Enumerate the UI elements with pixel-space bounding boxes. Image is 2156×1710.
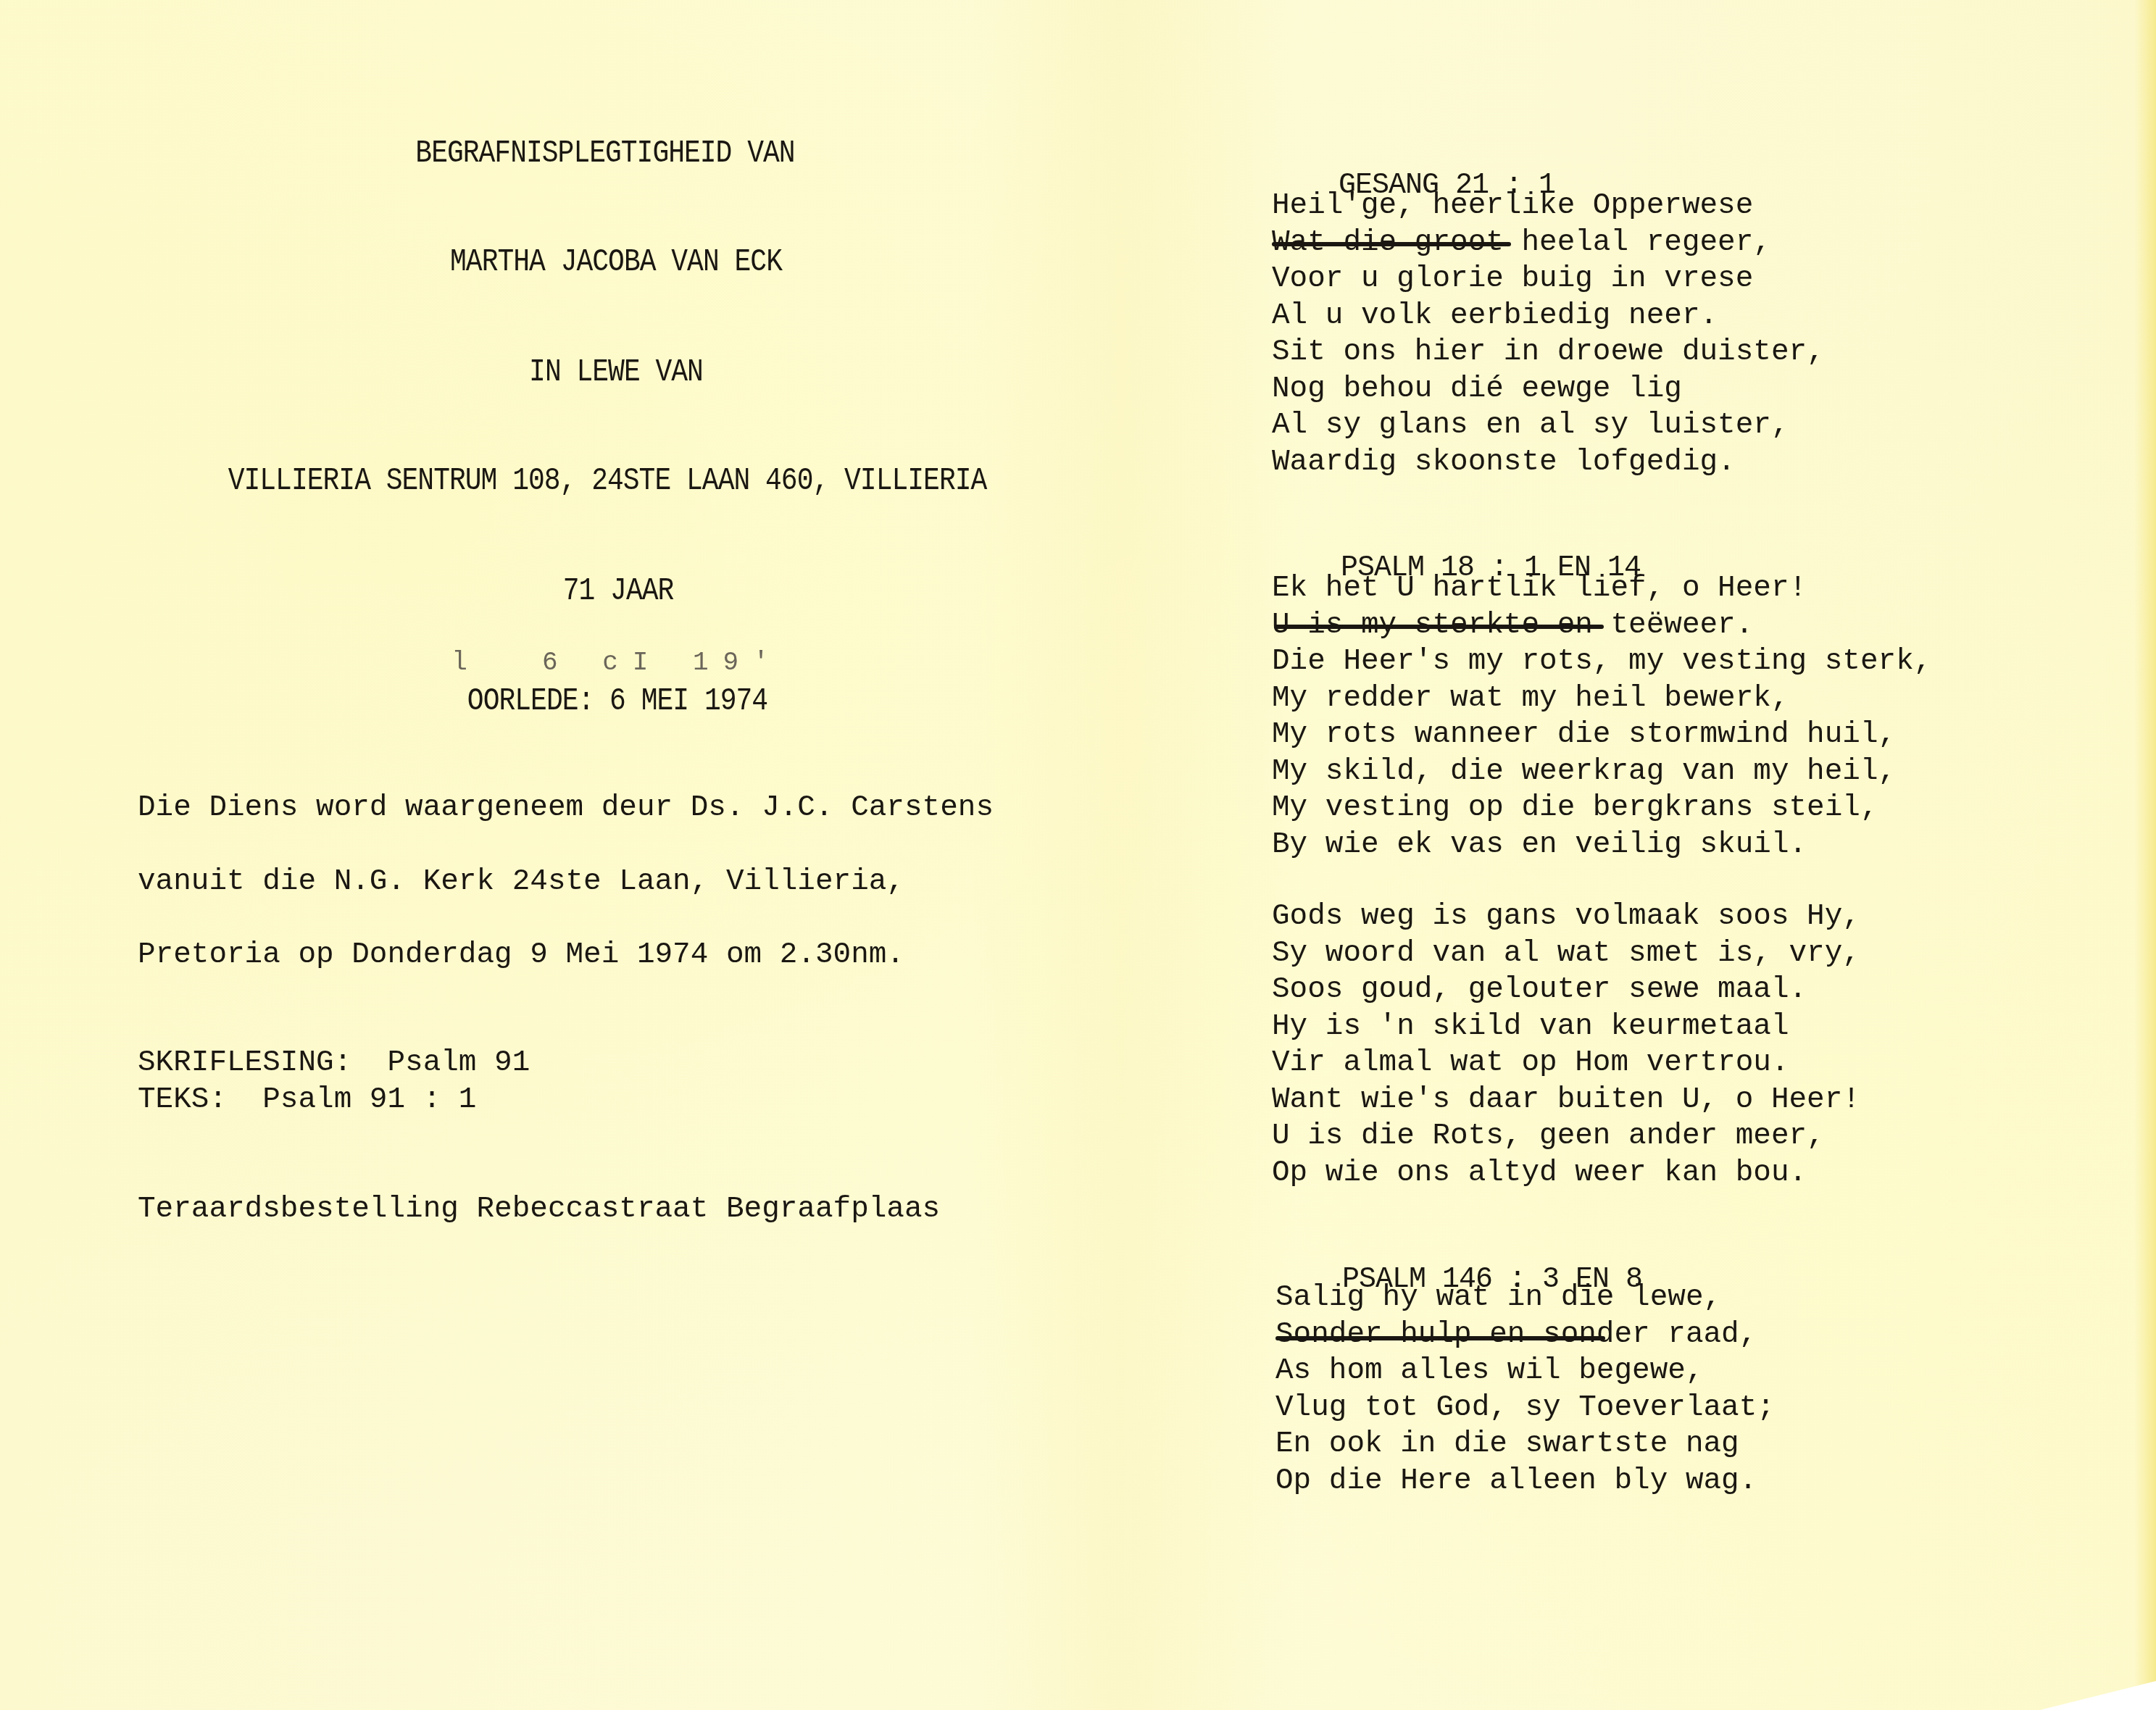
- age: 71 JAAR: [563, 571, 674, 613]
- verse-line: U is die Rots, geen ander meer,: [1272, 1118, 1860, 1155]
- verse-line: Heil'ge, heerlike Opperwese: [1272, 188, 1825, 225]
- smudged-text: l 6 cI 19': [451, 645, 783, 681]
- service-line-3: Pretoria op Donderdag 9 Mei 1974 om 2.30…: [138, 937, 904, 973]
- verse-line: Op wie ons altyd weer kan bou.: [1272, 1155, 1860, 1192]
- date-of-death: OORLEDE: 6 MEI 1974: [467, 681, 767, 723]
- hymn-psalm-18-stanza-2: Gods weg is gans volmaak soos Hy, Sy woo…: [1272, 898, 1860, 1191]
- verse-line: Waardig skoonste lofgedig.: [1272, 444, 1825, 481]
- verse-line: Al u volk eerbiedig neer.: [1272, 298, 1825, 335]
- verse-line: Hy is 'n skild van keurmetaal: [1272, 1009, 1860, 1046]
- verse-line: My skild, die weerkrag van my heil,: [1272, 754, 1931, 791]
- verse-line: Want wie's daar buiten U, o Heer!: [1272, 1082, 1860, 1119]
- scripture-reading: SKRIFLESING: Psalm 91: [138, 1045, 530, 1081]
- verse-line: Voor u glorie buig in vrese: [1272, 261, 1825, 298]
- verse-line: Gods weg is gans volmaak soos Hy,: [1272, 898, 1860, 935]
- verse-line: Nog behou dié eewge lig: [1272, 371, 1825, 408]
- in-lewe-van-label: IN LEWE VAN: [529, 352, 703, 394]
- verse-line: Vir almal wat op Hom vertrou.: [1272, 1045, 1860, 1082]
- service-line-2: vanuit die N.G. Kerk 24ste Laan, Villier…: [138, 864, 904, 900]
- hymn-psalm-18-stanza-1: Ek het U hartlik lief, o Heer! U is my s…: [1272, 570, 1931, 863]
- verse-line: Sonder hulp en sonder raad,: [1275, 1317, 1775, 1354]
- hymn-gesang-21-stanza-1: Heil'ge, heerlike Opperwese Wat die groo…: [1272, 188, 1825, 480]
- verse-line: Op die Here alleen bly wag.: [1275, 1463, 1775, 1500]
- service-line-1: Die Diens word waargeneem deur Ds. J.C. …: [138, 790, 994, 826]
- verse-line: My redder wat my heil bewerk,: [1272, 680, 1931, 717]
- deceased-name: MARTHA JACOBA VAN ECK: [450, 242, 782, 284]
- verse-line: Ek het U hartlik lief, o Heer!: [1272, 570, 1931, 607]
- sermon-text: TEKS: Psalm 91 : 1: [138, 1082, 476, 1118]
- burial-location: Teraardsbestelling Rebeccastraat Begraaf…: [138, 1191, 940, 1227]
- verse-line: U is my sterkte en teëweer.: [1272, 607, 1931, 644]
- verse-line: As hom alles wil begewe,: [1275, 1353, 1775, 1390]
- verse-line: By wie ek vas en veilig skuil.: [1272, 827, 1931, 864]
- verse-line: Sy woord van al wat smet is, vry,: [1272, 935, 1860, 972]
- verse-line: My rots wanneer die stormwind huil,: [1272, 717, 1931, 754]
- verse-line: My vesting op die bergkrans steil,: [1272, 790, 1931, 827]
- verse-line: Die Heer's my rots, my vesting sterk,: [1272, 643, 1931, 680]
- verse-line: Vlug tot God, sy Toeverlaat;: [1275, 1390, 1775, 1427]
- address: VILLIERIA SENTRUM 108, 24STE LAAN 460, V…: [228, 461, 987, 503]
- page-title: BEGRAFNISPLEGTIGHEID VAN: [415, 133, 794, 175]
- verse-line: Al sy glans en al sy luister,: [1272, 407, 1825, 444]
- verse-line: Wat die groot heelal regeer,: [1272, 225, 1825, 262]
- hymn-psalm-146-stanza-1: Salig hy wat in die lewe, Sonder hulp en…: [1275, 1280, 1775, 1499]
- verse-line: Sit ons hier in droewe duister,: [1272, 334, 1825, 371]
- verse-line: Salig hy wat in die lewe,: [1275, 1280, 1775, 1317]
- paper-edge-shadow: [2134, 0, 2156, 1710]
- verse-line: Soos goud, gelouter sewe maal.: [1272, 972, 1860, 1009]
- verse-line: En ook in die swartste nag: [1275, 1426, 1775, 1463]
